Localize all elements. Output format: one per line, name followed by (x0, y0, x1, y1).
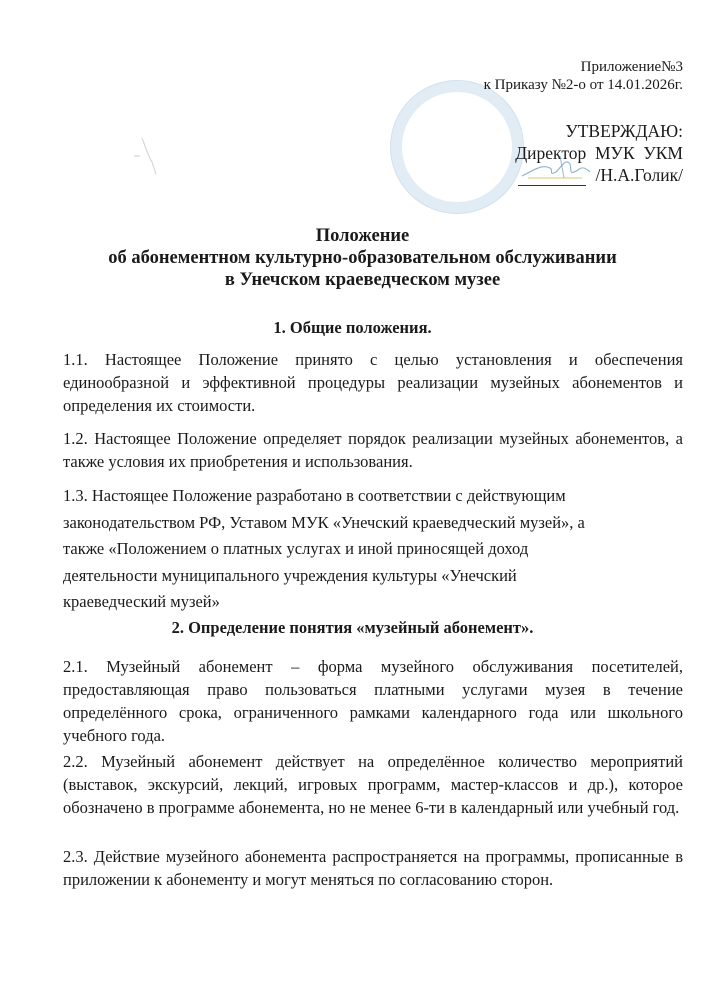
official-stamp-icon (390, 80, 524, 214)
approve-label: УТВЕРЖДАЮ: (515, 120, 683, 142)
paragraph-1-3-line-3: также «Положением о платных услугах и ин… (63, 536, 683, 563)
paragraph-1-2: 1.2. Настоящее Положение определяет поря… (63, 427, 683, 473)
title-line-1: Положение (0, 225, 705, 247)
document-page: Приложение№3 к Приказу №2-о от 14.01.202… (0, 0, 705, 1000)
paragraph-1-3: 1.3. Настоящее Положение разработано в с… (63, 483, 683, 616)
paragraph-1-3-line-5: краеведческий музей» (63, 589, 683, 616)
paragraph-2-1: 2.1. Музейный абонемент – форма музейног… (63, 655, 683, 747)
paragraph-1-3-line-2: законодательством РФ, Уставом МУК «Унечс… (63, 510, 683, 537)
paragraph-1-3-line-1: 1.3. Настоящее Положение разработано в с… (63, 483, 683, 510)
order-reference: к Приказу №2-о от 14.01.2026г. (484, 76, 683, 94)
paragraph-2-2: 2.2. Музейный абонемент действует на опр… (63, 750, 683, 819)
scan-mark-icon (130, 130, 170, 180)
section-1-heading: 1. Общие положения. (0, 318, 705, 338)
document-title: Положение об абонементном культурно-обра… (0, 225, 705, 291)
title-line-2: об абонементном культурно-образовательно… (0, 247, 705, 269)
paragraph-1-1: 1.1. Настоящее Положение принято с целью… (63, 348, 683, 417)
paragraph-2-3: 2.3. Действие музейного абонемента распр… (63, 845, 683, 891)
section-2-heading: 2. Определение понятия «музейный абонеме… (0, 618, 705, 638)
approver-name: /Н.А.Голик/ (596, 164, 683, 186)
annex-reference: Приложение№3 к Приказу №2-о от 14.01.202… (484, 58, 683, 94)
signature-icon (520, 150, 600, 184)
annex-number: Приложение№3 (484, 58, 683, 76)
title-line-3: в Унечском краеведческом музее (0, 269, 705, 291)
paragraph-1-3-line-4: деятельности муниципального учреждения к… (63, 563, 683, 590)
